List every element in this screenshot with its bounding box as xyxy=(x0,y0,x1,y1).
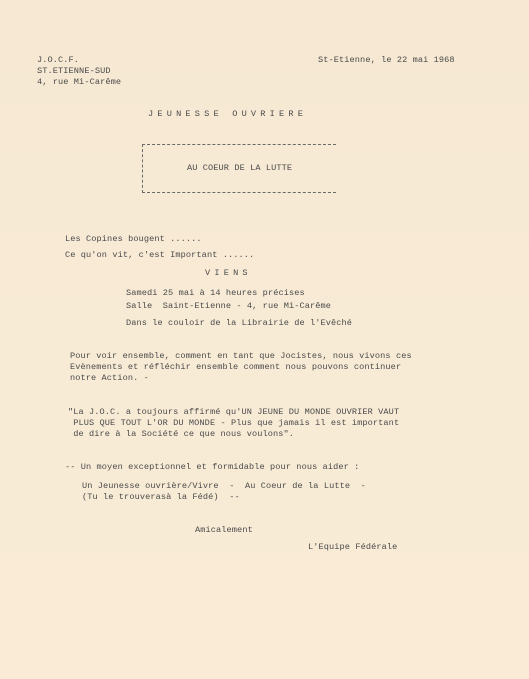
quote-line-3: de dire à la Société ce que nous voulons… xyxy=(68,429,294,440)
intro-line-2: Ce qu'on vit, c'est Important ...... xyxy=(65,250,254,261)
boxed-title: AU COEUR DE LA LUTTE xyxy=(187,163,292,174)
event-directions: Dans le couloir de la Librairie de l'Evê… xyxy=(126,318,352,329)
event-when: Samedi 25 mai à 14 heures précises xyxy=(126,288,305,299)
means-line-1: Un Jeunesse ouvrière/Vivre - Au Coeur de… xyxy=(82,481,366,492)
sender-section: ST.ETIENNE-SUD xyxy=(37,66,111,77)
signature: L'Equipe Fédérale xyxy=(308,542,397,553)
letter-page: J.O.C.F. ST.ETIENNE-SUD 4, rue Mi-Carême… xyxy=(0,0,529,679)
purpose-line-1: Pour voir ensemble, comment en tant que … xyxy=(70,351,412,362)
call-to-action: VIENS xyxy=(205,268,252,279)
event-where: Salle Saint-Etienne - 4, rue Mi-Carême xyxy=(126,301,331,312)
closing: Amicalement xyxy=(195,525,253,536)
date-line: St-Etienne, le 22 mai 1968 xyxy=(318,55,455,66)
sender-org: J.O.C.F. xyxy=(37,55,79,66)
quote-line-2: PLUS QUE TOUT L'OR DU MONDE - Plus que j… xyxy=(68,418,399,429)
quote-line-1: "La J.O.C. a toujours affirmé qu'UN JEUN… xyxy=(68,407,399,418)
heading: JEUNESSE OUVRIERE xyxy=(148,109,307,120)
means-intro: -- Un moyen exceptionnel et formidable p… xyxy=(65,462,359,473)
purpose-line-2: Evènements et réfléchir ensemble comment… xyxy=(70,362,401,373)
intro-line-1: Les Copines bougent ...... xyxy=(65,234,202,245)
means-line-2: (Tu le trouverasà la Fédé) -- xyxy=(82,492,240,503)
purpose-line-3: notre Action. - xyxy=(70,373,149,384)
sender-address: 4, rue Mi-Carême xyxy=(37,77,121,88)
